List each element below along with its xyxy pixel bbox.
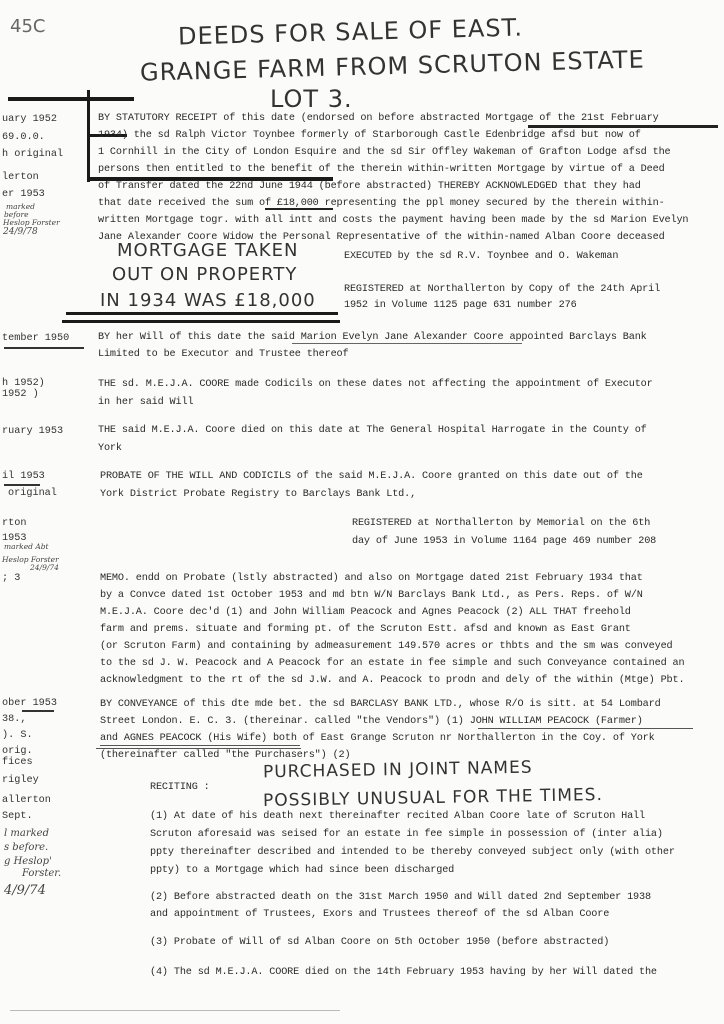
recital-3: (3) Probate of Will of sd Alban Coore on… [150,936,609,951]
reference-number: 45C [10,16,45,37]
bottom-edge-line [10,1010,340,1011]
executed-text: EXECUTED by the sd R.V. Toynbee and O. W… [344,250,618,265]
bracket-top-bar [8,97,134,101]
recital-4: (4) The sd M.E.J.A. COORE died on the 14… [150,966,657,981]
title-line-3: LOT 3. [270,85,353,113]
reciting-label: RECITING : [150,781,210,796]
title-line-2: GRANGE FARM FROM SCRUTON ESTATE [140,45,645,86]
title-line-1: DEEDS FOR SALE OF EAST. [178,13,524,50]
